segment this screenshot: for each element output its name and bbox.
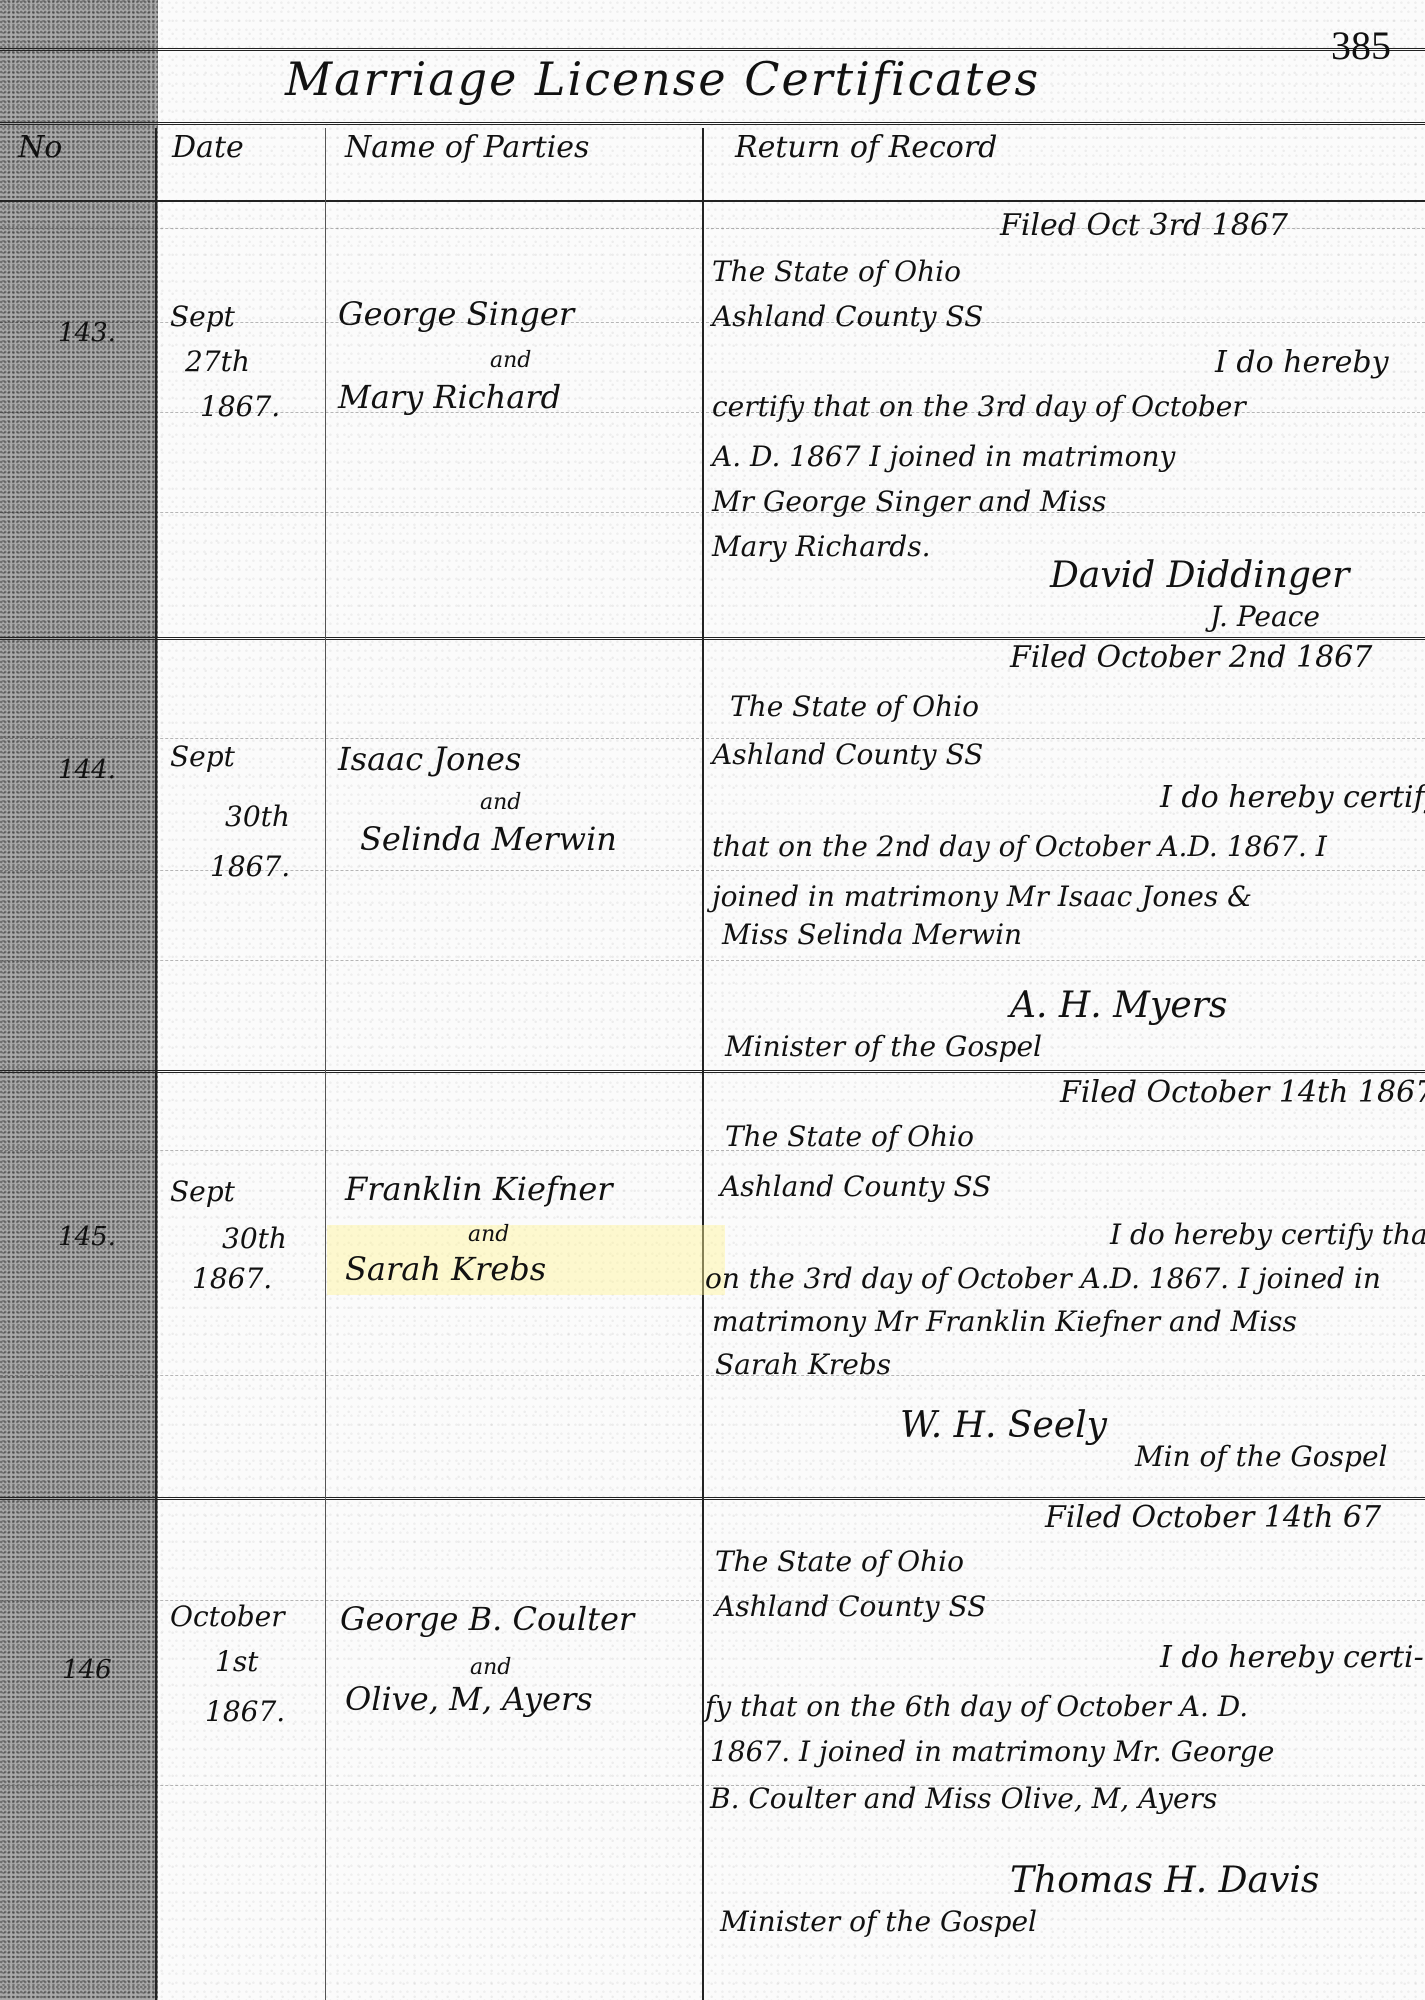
return-line: The State of Ohio (715, 1545, 964, 1578)
column-header-date: Date (172, 130, 244, 165)
entry-date-year: 1867. (192, 1262, 272, 1295)
rule-title-bottom (0, 122, 1425, 127)
return-line: I do hereby certify that (1110, 1218, 1425, 1251)
return-line: I do hereby certify (1160, 780, 1425, 815)
rule-faint (0, 1375, 1425, 1376)
column-header-parties: Name of Parties (345, 130, 589, 165)
entry-number: 144. (58, 755, 116, 785)
entry-date-year: 1867. (200, 390, 280, 423)
officiant-title: Minister of the Gospel (725, 1030, 1042, 1063)
return-line: Ashland County SS (712, 738, 983, 771)
page-title: Marriage License Certificates (285, 52, 1040, 106)
return-line: Ashland County SS (712, 300, 983, 333)
column-divider (155, 128, 157, 2000)
return-line: Mary Richards. (712, 530, 931, 563)
return-line: Ashland County SS (720, 1170, 991, 1203)
return-line: matrimony Mr Franklin Kiefner and Miss (712, 1305, 1297, 1338)
return-line: I do hereby certi- (1160, 1640, 1424, 1675)
party-bride: Mary Richard (338, 378, 561, 416)
entry-date-month: Sept (170, 300, 235, 333)
rule-faint (0, 960, 1425, 961)
return-line: A. D. 1867 I joined in matrimony (712, 440, 1175, 473)
column-divider (702, 128, 704, 2000)
return-line: fy that on the 6th day of October A. D. (705, 1690, 1248, 1723)
entry-date-day: 30th (222, 1222, 287, 1255)
officiant-signature: Thomas H. Davis (1010, 1860, 1319, 1901)
return-line: Sarah Krebs (715, 1348, 891, 1381)
return-line: Miss Selinda Merwin (722, 918, 1022, 951)
page-number: 385 (1331, 22, 1391, 69)
return-line: that on the 2nd day of October A.D. 1867… (712, 830, 1327, 863)
party-groom: Isaac Jones (338, 740, 521, 778)
officiant-signature: David Diddinger (1050, 555, 1349, 596)
officiant-title: Min of the Gospel (1135, 1440, 1387, 1473)
entry-number: 145. (58, 1222, 116, 1252)
entry-date-month: Sept (170, 740, 235, 773)
filed-date: Filed October 14th 1867 (1060, 1075, 1425, 1110)
entry-date-month: October (170, 1600, 285, 1633)
officiant-title: Minister of the Gospel (720, 1905, 1037, 1938)
entry-date-year: 1867. (205, 1695, 285, 1728)
officiant-title: J. Peace (1210, 600, 1320, 633)
return-line: 1867. I joined in matrimony Mr. George (710, 1735, 1274, 1768)
return-line: The State of Ohio (712, 255, 961, 288)
party-and: and (490, 348, 531, 373)
return-line: The State of Ohio (725, 1120, 974, 1153)
party-bride: Sarah Krebs (345, 1250, 546, 1288)
return-line: joined in matrimony Mr Isaac Jones & (712, 880, 1252, 913)
entry-number: 146 (62, 1655, 112, 1685)
column-divider (325, 128, 326, 2000)
officiant-signature: W. H. Seely (900, 1405, 1107, 1446)
entry-date-day: 30th (225, 800, 290, 833)
column-header-number: No (18, 130, 62, 165)
entry-date-day: 1st (215, 1645, 258, 1678)
entry-date-month: Sept (170, 1175, 235, 1208)
filed-date: Filed October 14th 67 (1045, 1500, 1381, 1535)
entry-date-year: 1867. (210, 850, 290, 883)
filed-date: Filed October 2nd 1867 (1010, 640, 1372, 675)
return-line: B. Coulter and Miss Olive, M, Ayers (710, 1782, 1217, 1815)
party-bride: Olive, M, Ayers (345, 1680, 593, 1718)
party-and: and (480, 790, 521, 815)
party-bride: Selinda Merwin (360, 820, 617, 858)
ledger-page: Marriage License Certificates 385 No Dat… (0, 0, 1425, 2000)
entry-number: 143. (58, 318, 116, 348)
return-line: The State of Ohio (730, 690, 979, 723)
party-groom: Franklin Kiefner (345, 1170, 613, 1208)
return-line: Mr George Singer and Miss (712, 485, 1106, 518)
party-and: and (468, 1222, 509, 1247)
party-and: and (470, 1655, 511, 1680)
party-groom: George Singer (338, 295, 574, 333)
return-line: certify that on the 3rd day of October (712, 390, 1246, 423)
return-line: Ashland County SS (715, 1590, 986, 1623)
column-header-return: Return of Record (735, 130, 997, 165)
filed-date: Filed Oct 3rd 1867 (1000, 208, 1288, 243)
binding-margin (0, 0, 158, 2000)
entry-date-day: 27th (185, 345, 250, 378)
rule-header-bottom (0, 200, 1425, 202)
party-groom: George B. Coulter (340, 1600, 634, 1638)
return-line: on the 3rd day of October A.D. 1867. I j… (705, 1262, 1381, 1295)
rule-faint (0, 1150, 1425, 1151)
officiant-signature: A. H. Myers (1010, 985, 1227, 1026)
return-line: I do hereby (1215, 345, 1389, 380)
